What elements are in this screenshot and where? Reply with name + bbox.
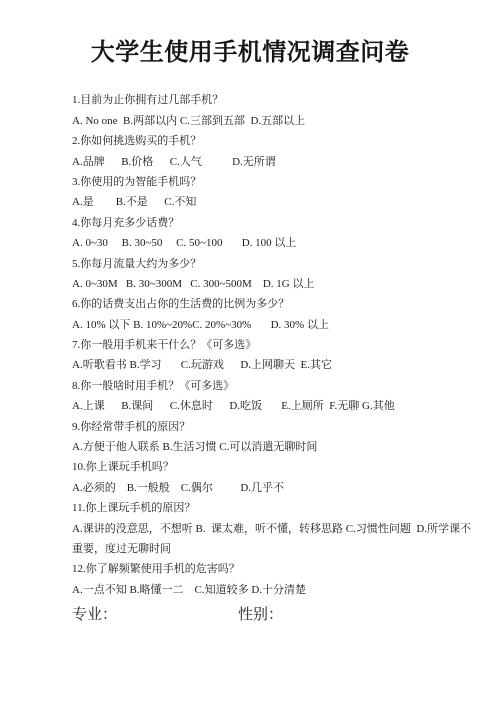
option-line: A.必须的 B.一般般 C.偶尔 D.几乎不 bbox=[72, 478, 480, 498]
option-line: A. 10% 以下 B. 10%~20%C. 20%~30% D. 30% 以上 bbox=[72, 315, 480, 335]
question-text: 10.你上课玩手机吗？ bbox=[72, 457, 480, 477]
footer-fill-in-row: 专业： 性别： bbox=[0, 603, 500, 624]
question-text: 2.你如何挑选购买的手机？ bbox=[72, 131, 480, 151]
option-line: A.一点不知 B.略懂一二 C.知道较多 D.十分清楚 bbox=[72, 580, 480, 600]
question-text: 6.你的话费支出占你的生活费的比例为多少？ bbox=[72, 294, 480, 314]
option-line: A. 0~30 B. 30~50 C. 50~100 D. 100 以上 bbox=[72, 233, 480, 253]
option-line: A.是 B.不是 C.不知 bbox=[72, 192, 480, 212]
option-line: A.课讲的没意思，不想听 B. 课太难，听不懂，转移思路 C.习惯性问题 D.所… bbox=[72, 519, 480, 539]
gender-field-label: 性别： bbox=[238, 603, 283, 624]
option-line: A.上课 B.课间 C.休息时 D.吃饭 E.上厕所 F.无聊 G.其他 bbox=[72, 396, 480, 416]
option-line: A.品牌 B.价格 C.人气 D.无所谓 bbox=[72, 152, 480, 172]
question-text: 3.你使用的为智能手机吗？ bbox=[72, 172, 480, 192]
option-line: A.听歌看书 B.学习 C.玩游戏 D.上网聊天 E.其它 bbox=[72, 355, 480, 375]
question-text: 4.你每月充多少话费？ bbox=[72, 213, 480, 233]
major-field-label: 专业： bbox=[72, 603, 117, 624]
option-line: A.方便于他人联系 B.生活习惯 C.可以消遣无聊时间 bbox=[72, 437, 480, 457]
page-title: 大学生使用手机情况调查问卷 bbox=[0, 0, 500, 66]
questionnaire-body: 1.目前为止你拥有过几部手机？A. No one B.两部以内 C.三部到五部 … bbox=[0, 90, 500, 600]
question-text: 9.你经常带手机的原因？ bbox=[72, 417, 480, 437]
question-text: 8.你一般啥时用手机？《可多选》 bbox=[72, 376, 480, 396]
question-text: 5.你每月流量大约为多少？ bbox=[72, 254, 480, 274]
document-page: 大学生使用手机情况调查问卷 1.目前为止你拥有过几部手机？A. No one B… bbox=[0, 0, 500, 707]
option-line: A. 0~30M B. 30~300M C. 300~500M D. 1G 以上 bbox=[72, 274, 480, 294]
question-text: 1.目前为止你拥有过几部手机？ bbox=[72, 90, 480, 110]
option-line-continuation: 重要，度过无聊时间 bbox=[72, 539, 480, 559]
option-line: A. No one B.两部以内 C.三部到五部 D.五部以上 bbox=[72, 111, 480, 131]
question-text: 11.你上课玩手机的原因？ bbox=[72, 498, 480, 518]
question-text: 7.你一般用手机来干什么？《可多选》 bbox=[72, 335, 480, 355]
question-text: 12.你了解频繁使用手机的危害吗？ bbox=[72, 559, 480, 579]
